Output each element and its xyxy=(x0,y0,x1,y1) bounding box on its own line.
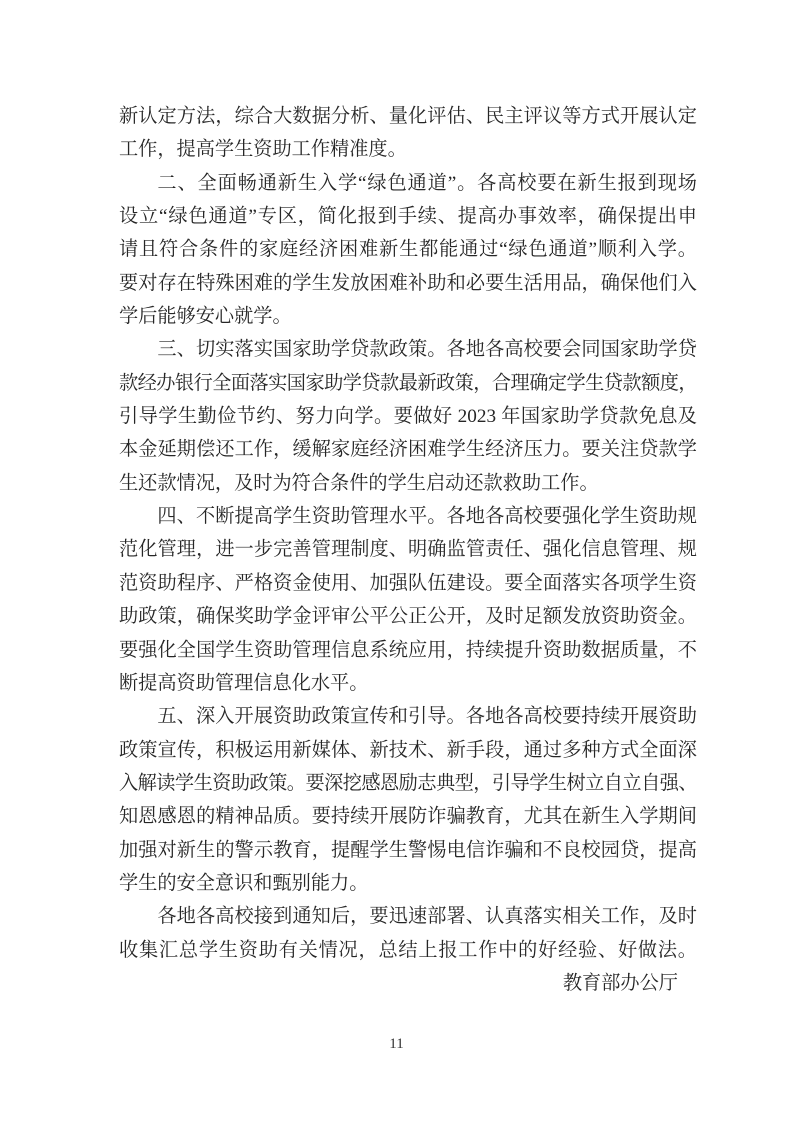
text-line: 新认定方法，综合大数据分析、量化评估、民主评议等方式开展认定 xyxy=(119,100,697,133)
paragraph-section-4: 四、不断提高学生资助管理水平。各地各高校要强化学生资助规 范化管理，进一步完善管… xyxy=(119,500,697,700)
text-line: 请且符合条件的家庭经济困难新生都能通过“绿色通道”顺利入学。 xyxy=(119,233,697,266)
paragraph-closing: 各地各高校接到通知后，要迅速部署、认真落实相关工作，及时 收集汇总学生资助有关情… xyxy=(119,900,697,967)
text-line: 二、全面畅通新生入学“绿色通道”。各高校要在新生报到现场 xyxy=(119,167,697,200)
text-line: 本金延期偿还工作，缓解家庭经济困难学生经济压力。要关注贷款学 xyxy=(119,433,697,466)
text-line: 加强对新生的警示教育，提醒学生警惕电信诈骗和不良校园贷，提高 xyxy=(119,834,697,867)
text-line: 范化管理，进一步完善管理制度、明确监管责任、强化信息管理、规 xyxy=(119,533,697,566)
text-line: 助政策，确保奖助学金评审公平公正公开，及时足额发放资助资金。 xyxy=(119,600,697,633)
text-line: 收集汇总学生资助有关情况，总结上报工作中的好经验、好做法。 xyxy=(119,934,697,967)
text-line: 各地各高校接到通知后，要迅速部署、认真落实相关工作，及时 xyxy=(119,900,697,933)
text-line: 设立“绿色通道”专区，简化报到手续、提高办事效率，确保提出申 xyxy=(119,200,697,233)
text-line: 学生的安全意识和甄别能力。 xyxy=(119,867,697,900)
page-number: 11 xyxy=(0,1033,793,1055)
signature-office: 教育部办公厅 xyxy=(119,967,697,1000)
text-line: 五、深入开展资助政策宣传和引导。各地各高校要持续开展资助 xyxy=(119,700,697,733)
page-body: 新认定方法，综合大数据分析、量化评估、民主评议等方式开展认定 工作，提高学生资助… xyxy=(119,100,697,1000)
text-line: 工作，提高学生资助工作精准度。 xyxy=(119,133,697,166)
text-line: 入解读学生资助政策。要深挖感恩励志典型，引导学生树立自立自强、 xyxy=(119,767,697,800)
text-line: 要强化全国学生资助管理信息系统应用，持续提升资助数据质量，不 xyxy=(119,634,697,667)
text-line: 四、不断提高学生资助管理水平。各地各高校要强化学生资助规 xyxy=(119,500,697,533)
text-line: 范资助程序、严格资金使用、加强队伍建设。要全面落实各项学生资 xyxy=(119,567,697,600)
text-line: 断提高资助管理信息化水平。 xyxy=(119,667,697,700)
paragraph-section-5: 五、深入开展资助政策宣传和引导。各地各高校要持续开展资助 政策宣传，积极运用新媒… xyxy=(119,700,697,900)
text-line: 生还款情况，及时为符合条件的学生启动还款救助工作。 xyxy=(119,467,697,500)
text-line: 款经办银行全面落实国家助学贷款最新政策，合理确定学生贷款额度， xyxy=(119,367,697,400)
text-line: 三、切实落实国家助学贷款政策。各地各高校要会同国家助学贷 xyxy=(119,333,697,366)
text-line: 学后能够安心就学。 xyxy=(119,300,697,333)
text-line: 引导学生勤俭节约、努力向学。要做好 2023 年国家助学贷款免息及 xyxy=(119,400,697,433)
document-page: 新认定方法，综合大数据分析、量化评估、民主评议等方式开展认定 工作，提高学生资助… xyxy=(0,0,793,1122)
paragraph-continuation: 新认定方法，综合大数据分析、量化评估、民主评议等方式开展认定 工作，提高学生资助… xyxy=(119,100,697,167)
paragraph-section-3: 三、切实落实国家助学贷款政策。各地各高校要会同国家助学贷 款经办银行全面落实国家… xyxy=(119,333,697,500)
text-line: 政策宣传，积极运用新媒体、新技术、新手段，通过多种方式全面深 xyxy=(119,734,697,767)
text-line: 要对存在特殊困难的学生发放困难补助和必要生活用品，确保他们入 xyxy=(119,267,697,300)
paragraph-section-2: 二、全面畅通新生入学“绿色通道”。各高校要在新生报到现场 设立“绿色通道”专区，… xyxy=(119,167,697,334)
text-line: 知恩感恩的精神品质。要持续开展防诈骗教育，尤其在新生入学期间 xyxy=(119,800,697,833)
